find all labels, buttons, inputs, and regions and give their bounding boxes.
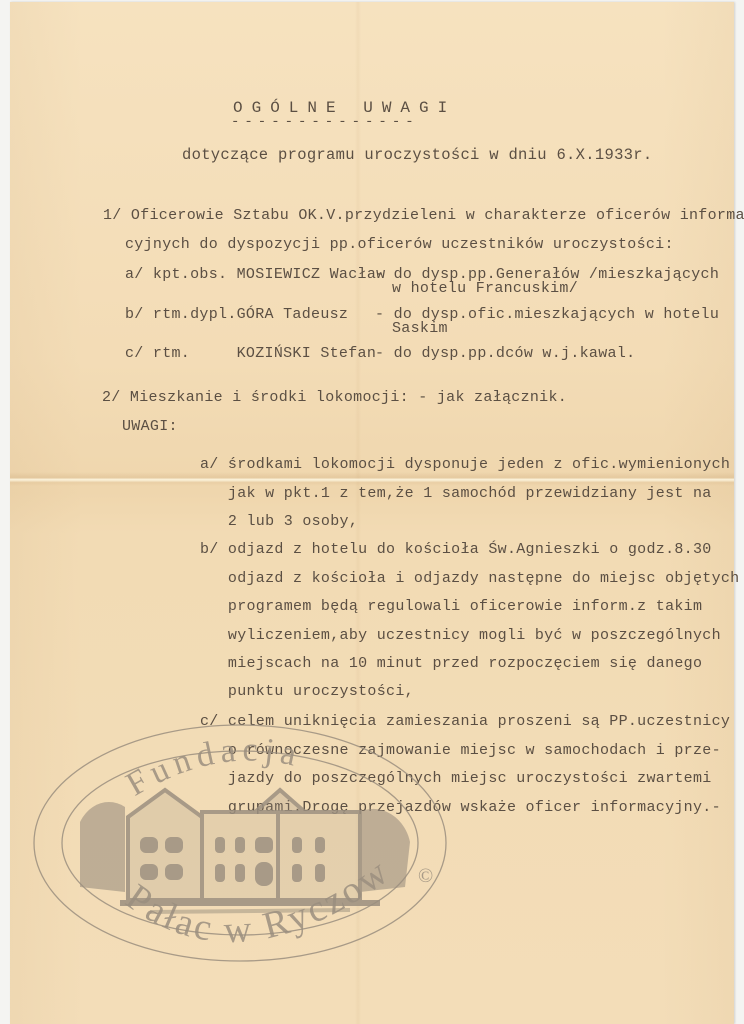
officer-c-name: c/ rtm. KOZIŃSKI Stefan [125,346,376,361]
copyright-mark: © [418,865,433,887]
remark-b-line2: odjazd z kościoła i odjazdy następne do … [200,571,739,586]
remarks-label: UWAGI: [122,419,178,434]
section1-line1: 1/ Oficerowie Sztabu OK.V.przydzieleni w… [103,208,744,223]
document-subtitle: dotyczące programu uroczystości w dniu 6… [182,148,652,164]
remark-a-line1: a/ środkami lokomocji dysponuje jeden z … [200,457,730,472]
remark-a-line2: jak w pkt.1 z tem,że 1 samochód przewidz… [200,486,712,501]
officer-a-assignment-cont: w hotelu Francuskim/ [392,281,578,296]
title-underline: -------------- [231,115,419,129]
remark-b-line3: programem będą regulowali oficerowie inf… [200,599,702,614]
remark-b-line1: b/ odjazd z hotelu do kościoła Św.Agnies… [200,542,712,557]
officer-b-name: b/ rtm.dypl.GÓRA Tadeusz [125,307,348,322]
section2-line1: 2/ Mieszkanie i środki lokomocji: - jak … [102,390,567,405]
remark-b-line4: wyliczeniem,aby uczestnicy mogli być w p… [200,628,721,643]
remark-b-line5: miejscach na 10 minut przed rozpoczęciem… [200,656,702,671]
officer-b-assignment-cont: Saskim [392,321,448,336]
section1-line2: cyjnych do dyspozycji pp.oficerów uczest… [125,237,674,252]
officer-a-name: a/ kpt.obs. MOSIEWICZ Wacław [125,267,385,282]
watermark-stamp: Fundacja Pałac w Ryczowie © [30,712,450,974]
remark-a-line3: 2 lub 3 osoby, [200,514,358,529]
palace-emblem-icon: Fundacja Pałac w Ryczowie © [30,712,450,974]
officer-c-assignment: - do dysp.pp.dców w.j.kawal. [375,346,635,361]
remark-b-line6: punktu uroczystości, [200,684,414,699]
horizontal-fold-crease [10,472,734,486]
